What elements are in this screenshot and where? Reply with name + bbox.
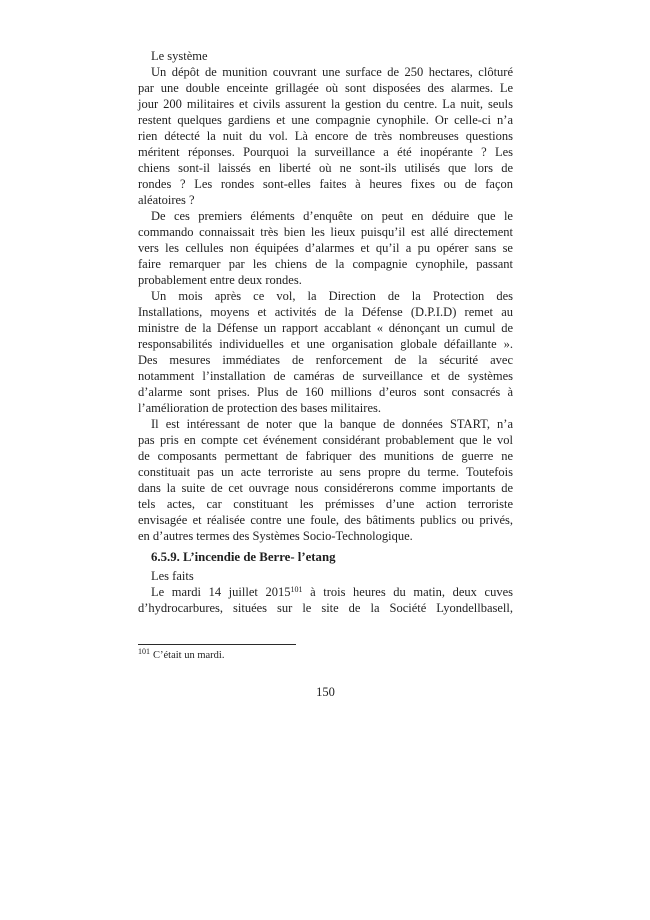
text-line: pas pris en compte cet événement considé… <box>138 432 513 448</box>
text-line: rien détecté la nuit du vol. Là encore d… <box>138 128 513 144</box>
text-line: vers les cellules non équipées d’alarmes… <box>138 240 513 256</box>
text-line: De ces premiers éléments d’enquête on pe… <box>138 208 513 224</box>
text-line: d’alarme sont prises. Plus de 160 millio… <box>138 384 513 400</box>
text-line: ministre de la Défense un rapport accabl… <box>138 320 513 336</box>
text-line: en d’autres termes des Systèmes Socio-Te… <box>138 528 513 544</box>
section-heading: 6.5.9. L’incendie de Berre- l’etang <box>138 549 513 565</box>
text-line: Le système <box>138 48 513 64</box>
text-line: Un mois après ce vol, la Direction de la… <box>138 288 513 304</box>
page-number: 150 <box>138 684 513 700</box>
text-line: par une double enceinte grillagée où son… <box>138 80 513 96</box>
text-line: dans la suite de cet ouvrage nous consid… <box>138 480 513 496</box>
text-line: l’amélioration de protection des bases m… <box>138 400 513 416</box>
text-line: Installations, moyens et activités de la… <box>138 304 513 320</box>
text-line: responsabilités individuelles et une org… <box>138 336 513 352</box>
footnote-reference: 101 <box>290 585 302 594</box>
text-line: aléatoires ? <box>138 192 513 208</box>
paragraph: De ces premiers éléments d’enquête on pe… <box>138 208 513 288</box>
text-line: tels actes, car constituant les prémisse… <box>138 496 513 512</box>
text-block: Le systèmeUn dépôt de munition couvrant … <box>138 48 513 700</box>
text-line: constituait pas un acte terroriste au se… <box>138 464 513 480</box>
text-line: rondes ? Les rondes sont-elles faites à … <box>138 176 513 192</box>
footnote-marker: 101 <box>138 647 150 656</box>
footnote-separator <box>138 644 296 645</box>
paragraph: Le système <box>138 48 513 64</box>
text-line: chiens sont-il laissés en liberté où ne … <box>138 160 513 176</box>
paragraph: Un mois après ce vol, la Direction de la… <box>138 288 513 416</box>
text-line: jour 200 militaires et civils assurent l… <box>138 96 513 112</box>
text-line: Des mesures immédiates de renforcement d… <box>138 352 513 368</box>
document-page: Le systèmeUn dépôt de munition couvrant … <box>0 0 650 920</box>
paragraph: Un dépôt de munition couvrant une surfac… <box>138 64 513 208</box>
footnote-text: C’était un mardi. <box>153 650 224 661</box>
text-line: d’hydrocarbures, situées sur le site de … <box>138 600 513 616</box>
paragraph: Il est intéressant de noter que la banqu… <box>138 416 513 544</box>
text-line: méritent réponses. Pourquoi la surveilla… <box>138 144 513 160</box>
footnote: 101C’était un mardi. <box>138 649 513 663</box>
paragraph: Le mardi 14 juillet 2015101 à trois heur… <box>138 584 513 616</box>
text-line: restent quelques gardiens et une compagn… <box>138 112 513 128</box>
text-line: probablement entre deux rondes. <box>138 272 513 288</box>
text-line: Il est intéressant de noter que la banqu… <box>138 416 513 432</box>
text-line: Le mardi 14 juillet 2015101 à trois heur… <box>138 584 513 600</box>
text-line: de composants permettant de fabriquer de… <box>138 448 513 464</box>
text-line: notamment l’installation de caméras de s… <box>138 368 513 384</box>
text-line: Les faits <box>138 568 513 584</box>
text-line: Un dépôt de munition couvrant une surfac… <box>138 64 513 80</box>
text-line: envisagée et réalisée contre une foule, … <box>138 512 513 528</box>
text-line: commando connaissait très bien les lieux… <box>138 224 513 240</box>
paragraph: Les faits <box>138 568 513 584</box>
text-line: faire remarquer par les chiens de la com… <box>138 256 513 272</box>
